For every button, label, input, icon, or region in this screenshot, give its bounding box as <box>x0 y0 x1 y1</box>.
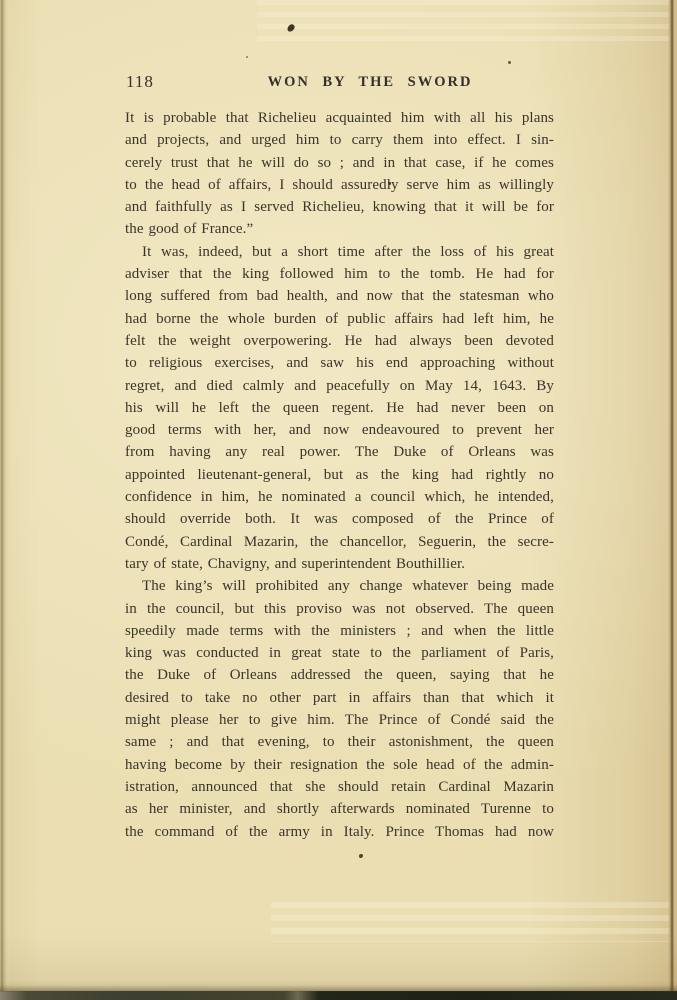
text-line: It was, indeed, but a short time after t… <box>125 241 554 263</box>
page-text: It is probable that Richelieu acquainted… <box>125 107 554 843</box>
text-line: in the council, but this proviso was not… <box>125 598 554 620</box>
text-line: having become by their resignation the s… <box>125 754 554 776</box>
text-line: to religious exercises, and saw his end … <box>125 352 554 374</box>
text-line: to the head of affairs, I should assured… <box>125 174 554 196</box>
text-line: from having any real power. The Duke of … <box>125 441 554 463</box>
text-line: should override both. It was composed of… <box>125 508 554 530</box>
text-line: desired to take no other part in affairs… <box>125 687 554 709</box>
text-line: his will he left the queen regent. He ha… <box>125 397 554 419</box>
text-line: regret, and died calmly and peacefully o… <box>125 375 554 397</box>
page-left-edge <box>0 0 11 1000</box>
running-title: WON BY THE SWORD <box>250 74 490 91</box>
text-line: the command of the army in Italy. Prince… <box>125 821 554 843</box>
paper-texture-streak <box>271 902 671 942</box>
ink-speck <box>246 56 248 58</box>
ink-speck <box>359 854 363 858</box>
page-header: 118 WON BY THE SWORD <box>0 72 677 94</box>
ink-speck <box>286 23 296 33</box>
text-line: It is probable that Richelieu acquainted… <box>125 107 554 129</box>
text-line: good terms with her, and now endeavoured… <box>125 419 554 441</box>
text-line: king was conducted in great state to the… <box>125 642 554 664</box>
text-line: the good of France.” <box>125 218 554 240</box>
text-line: felt the weight overpowering. He had alw… <box>125 330 554 352</box>
text-line: Condé, Cardinal Mazarin, the chancellor,… <box>125 531 554 553</box>
text-line: The king’s will prohibited any change wh… <box>125 575 554 597</box>
text-line: cerely trust that he will do so ; and in… <box>125 152 554 174</box>
text-line: long suffered from bad health, and now t… <box>125 285 554 307</box>
text-line: might please her to give him. The Prince… <box>125 709 554 731</box>
text-line: and faithfully as I served Richelieu, kn… <box>125 196 554 218</box>
text-line: adviser that the king followed him to th… <box>125 263 554 285</box>
text-line: tary of state, Chavigny, and superintend… <box>125 553 554 575</box>
ink-speck <box>508 61 511 64</box>
page-right-edge <box>668 0 677 1000</box>
text-line: confidence in him, he nominated a counci… <box>125 486 554 508</box>
text-line: and projects, and urged him to carry the… <box>125 129 554 151</box>
text-line: istration, announced that she should ret… <box>125 776 554 798</box>
page-number: 118 <box>126 72 154 92</box>
text-line: as her minister, and shortly afterwards … <box>125 798 554 820</box>
text-line: appointed lieutenant-general, but as the… <box>125 464 554 486</box>
book-page: 118 WON BY THE SWORD It is probable that… <box>0 0 677 1000</box>
text-line: speedily made terms with the ministers ;… <box>125 620 554 642</box>
page-bottom-edge <box>0 991 677 1000</box>
text-line: the Duke of Orleans addressed the queen,… <box>125 664 554 686</box>
text-line: same ; and that evening, to their astoni… <box>125 731 554 753</box>
paper-texture-streak <box>257 0 677 46</box>
text-line: had borne the whole burden of public aff… <box>125 308 554 330</box>
